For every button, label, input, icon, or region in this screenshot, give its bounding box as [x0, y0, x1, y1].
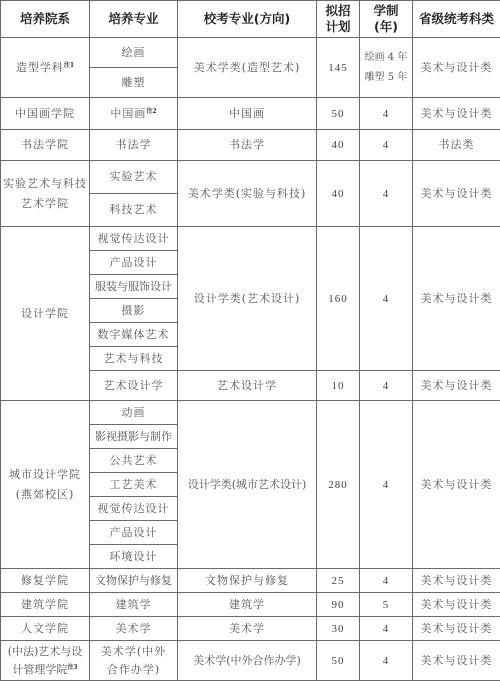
exam-major-cell: 美术学类(实验与科技)	[178, 161, 317, 227]
years-cell: 4	[360, 130, 413, 161]
table-row: (中法)艺术与设计管理学院注3 美术学(中外合作办学) 美术学(中外合作办学) …	[1, 641, 500, 680]
major-cell: 产品设计	[90, 521, 178, 545]
plan-cell: 40	[317, 130, 360, 161]
table-row: 建筑学院 建筑学 建筑学 90 5 美术与设计类	[1, 593, 500, 617]
plan-cell: 25	[317, 569, 360, 593]
plan-cell: 145	[317, 38, 360, 98]
major-cell: 视觉传达设计	[90, 497, 178, 521]
major-cell: 雕塑	[90, 68, 178, 98]
college-cell: 书法学院	[1, 130, 90, 161]
college-cell: 造型学科注1	[1, 38, 90, 98]
college-cell: 城市设计学院(燕郊校区)	[1, 401, 90, 569]
exam-major-cell: 中国画	[178, 98, 317, 130]
major-cell: 绘画	[90, 38, 178, 68]
college-cell: 人文学院	[1, 617, 90, 641]
college-cell: 建筑学院	[1, 593, 90, 617]
table-row: 设计学院 视觉传达设计 设计学类(艺术设计) 160 4 美术与设计类	[1, 227, 500, 251]
category-cell: 美术与设计类	[413, 617, 500, 641]
years-cell: 4	[360, 98, 413, 130]
major-cell: 服装与服饰设计	[90, 275, 178, 299]
table-row: 中国画学院 中国画注2 中国画 50 4 美术与设计类	[1, 98, 500, 130]
plan-cell: 90	[317, 593, 360, 617]
table-row: 人文学院 美术学 美术学 30 4 美术与设计类	[1, 617, 500, 641]
footnote-marker: 注3	[67, 664, 77, 671]
major-cell: 公共艺术	[90, 449, 178, 473]
footnote-marker: 注2	[146, 108, 156, 115]
major-cell: 美术学(中外合作办学)	[90, 641, 178, 680]
category-cell: 美术与设计类	[413, 227, 500, 371]
plan-cell: 50	[317, 641, 360, 680]
major-cell: 环境设计	[90, 545, 178, 569]
table-row: 修复学院 文物保护与修复 文物保护与修复 25 4 美术与设计类	[1, 569, 500, 593]
exam-major-cell: 书法学	[178, 130, 317, 161]
major-cell: 产品设计	[90, 251, 178, 275]
major-cell: 动画	[90, 401, 178, 425]
plan-cell: 160	[317, 227, 360, 371]
category-cell: 美术与设计类	[413, 641, 500, 680]
years-cell: 4	[360, 371, 413, 401]
major-cell: 美术学	[90, 617, 178, 641]
header-row: 培养院系 培养专业 校考专业(方向) 拟招计划 学制(年) 省级统考科类	[1, 1, 500, 38]
major-cell: 建筑学	[90, 593, 178, 617]
years-cell: 4	[360, 227, 413, 371]
category-cell: 美术与设计类	[413, 593, 500, 617]
header-category: 省级统考科类	[413, 1, 500, 38]
exam-major-cell: 建筑学	[178, 593, 317, 617]
header-years: 学制(年)	[360, 1, 413, 38]
years-cell: 4	[360, 401, 413, 569]
years-cell: 4	[360, 617, 413, 641]
major-cell: 书法学	[90, 130, 178, 161]
category-cell: 美术与设计类	[413, 569, 500, 593]
plan-cell: 30	[317, 617, 360, 641]
table-row: 造型学科注1 绘画 美术学类(造型艺术) 145 绘画 4 年雕塑 5 年 美术…	[1, 38, 500, 68]
years-cell: 4	[360, 161, 413, 227]
category-cell: 美术与设计类	[413, 38, 500, 98]
plan-cell: 40	[317, 161, 360, 227]
years-cell: 4	[360, 569, 413, 593]
exam-major-cell: 美术学(中外合作办学)	[178, 641, 317, 680]
footnote-marker: 注1	[64, 62, 74, 69]
major-cell: 影视摄影与制作	[90, 425, 178, 449]
exam-major-cell: 设计学类(艺术设计)	[178, 227, 317, 371]
plan-cell: 280	[317, 401, 360, 569]
major-cell: 中国画注2	[90, 98, 178, 130]
header-plan: 拟招计划	[317, 1, 360, 38]
years-cell: 4	[360, 641, 413, 680]
plan-cell: 50	[317, 98, 360, 130]
major-cell: 摄影	[90, 299, 178, 323]
table-row: 书法学院 书法学 书法学 40 4 书法类	[1, 130, 500, 161]
major-cell: 文物保护与修复	[90, 569, 178, 593]
major-cell: 科技艺术	[90, 194, 178, 227]
major-cell: 艺术设计学	[90, 371, 178, 401]
exam-major-cell: 文物保护与修复	[178, 569, 317, 593]
major-cell: 实验艺术	[90, 161, 178, 194]
header-major: 培养专业	[90, 1, 178, 38]
major-cell: 工艺美术	[90, 473, 178, 497]
major-cell: 数字媒体艺术	[90, 323, 178, 347]
college-cell: 修复学院	[1, 569, 90, 593]
major-cell: 视觉传达设计	[90, 227, 178, 251]
plan-cell: 10	[317, 371, 360, 401]
college-cell: 设计学院	[1, 227, 90, 401]
college-cell: 中国画学院	[1, 98, 90, 130]
category-cell: 美术与设计类	[413, 371, 500, 401]
table-row: 实验艺术与科技艺术学院 实验艺术 美术学类(实验与科技) 40 4 美术与设计类	[1, 161, 500, 194]
college-cell: (中法)艺术与设计管理学院注3	[1, 641, 90, 680]
exam-major-cell: 美术学类(造型艺术)	[178, 38, 317, 98]
category-cell: 书法类	[413, 130, 500, 161]
table-row: 城市设计学院(燕郊校区) 动画 设计学类(城市艺术设计) 280 4 美术与设计…	[1, 401, 500, 425]
category-cell: 美术与设计类	[413, 161, 500, 227]
header-college: 培养院系	[1, 1, 90, 38]
college-cell: 实验艺术与科技艺术学院	[1, 161, 90, 227]
exam-major-cell: 美术学	[178, 617, 317, 641]
years-cell: 绘画 4 年雕塑 5 年	[360, 38, 413, 98]
category-cell: 美术与设计类	[413, 401, 500, 569]
major-cell: 艺术与科技	[90, 347, 178, 371]
header-exam-major: 校考专业(方向)	[178, 1, 317, 38]
exam-major-cell: 设计学类(城市艺术设计)	[178, 401, 317, 569]
exam-major-cell: 艺术设计学	[178, 371, 317, 401]
enrollment-plan-table: 培养院系 培养专业 校考专业(方向) 拟招计划 学制(年) 省级统考科类 造型学…	[0, 0, 500, 679]
years-cell: 5	[360, 593, 413, 617]
category-cell: 美术与设计类	[413, 98, 500, 130]
